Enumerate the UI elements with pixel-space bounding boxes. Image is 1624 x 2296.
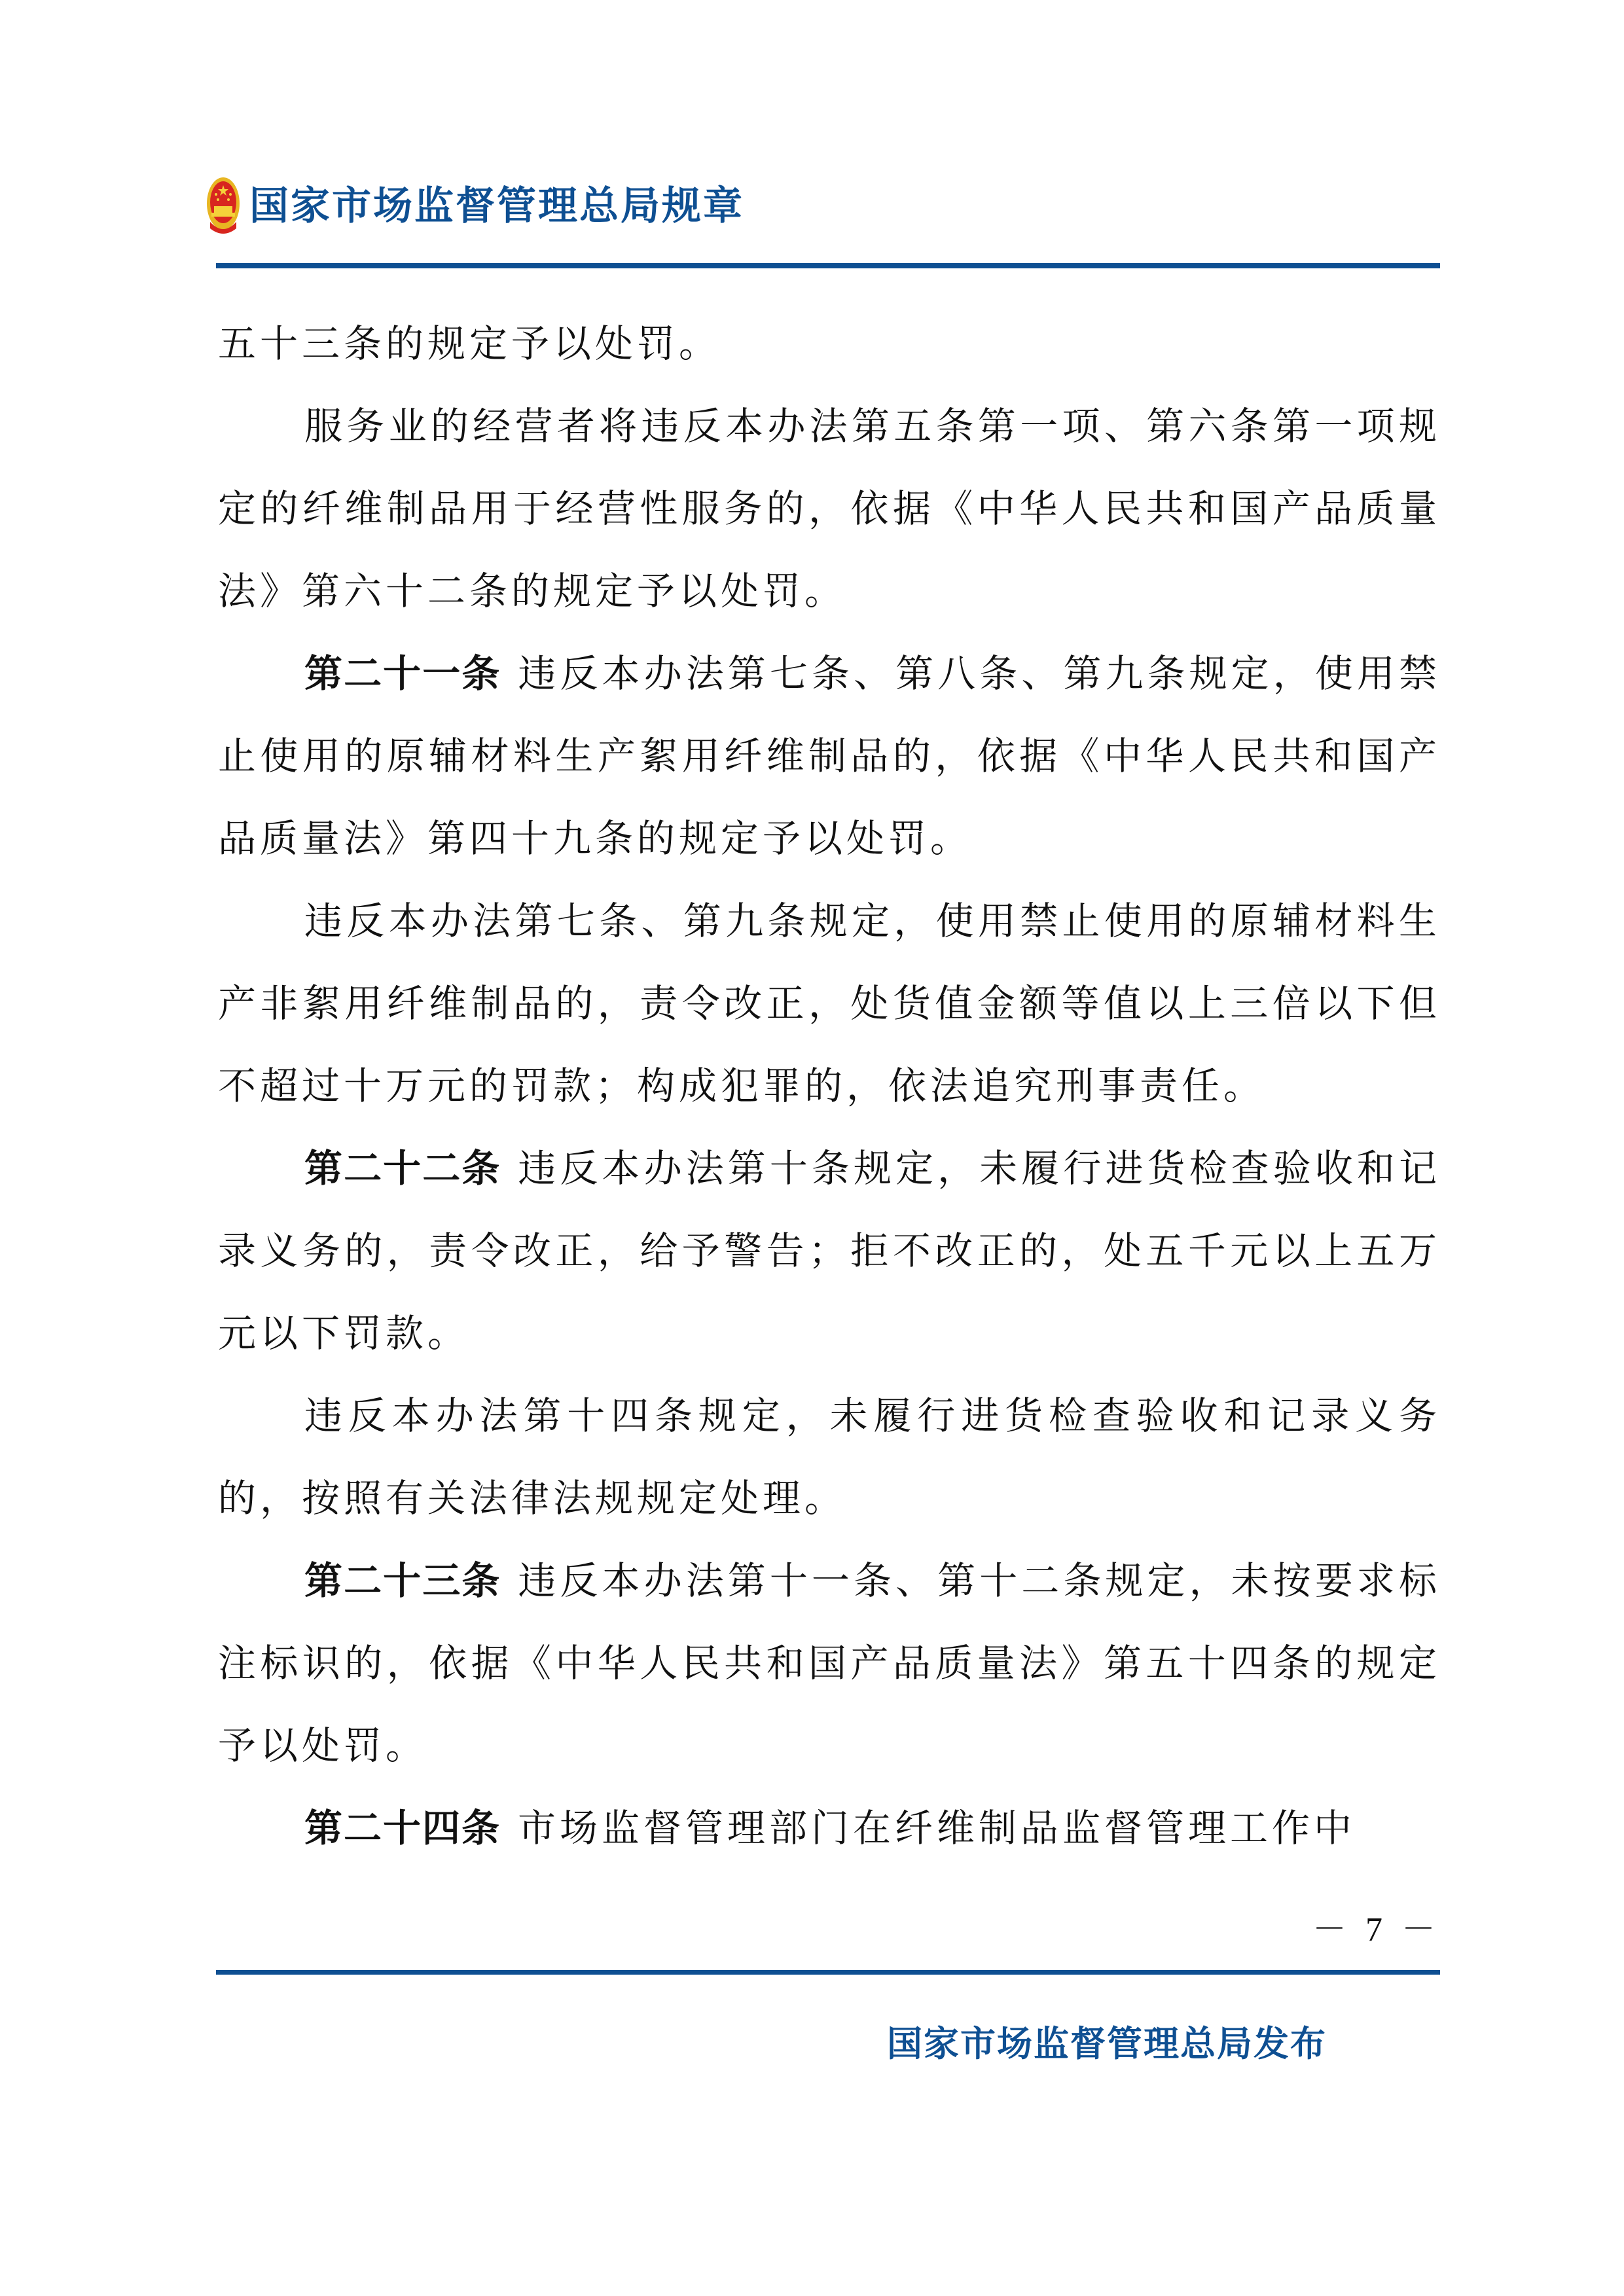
paragraph-text: 服务业的经营者将违反本办法第五条第一项、第六条第一项规定的纤维制品用于经营性服务… bbox=[218, 404, 1441, 613]
paragraph: 五十三条的规定予以处罚。 bbox=[218, 302, 1441, 385]
paragraph: 服务业的经营者将违反本办法第五条第一项、第六条第一项规定的纤维制品用于经营性服务… bbox=[218, 385, 1441, 632]
article-number: 第二十一条 bbox=[304, 651, 501, 696]
document-header: 国家市场监督管理总局规章 bbox=[206, 173, 744, 239]
paragraph-text: 市场监督管理部门在纤维制品监督管理工作中 bbox=[518, 1806, 1356, 1850]
paragraph: 违反本办法第十四条规定，未履行进货检查验收和记录义务的，按照有关法律法规规定处理… bbox=[218, 1374, 1441, 1539]
paragraph-text: 违反本办法第七条、第九条规定，使用禁止使用的原辅材料生产非絮用纤维制品的，责令改… bbox=[218, 899, 1441, 1108]
paragraph: 第二十一条违反本办法第七条、第八条、第九条规定，使用禁止使用的原辅材料生产絮用纤… bbox=[218, 632, 1441, 880]
paragraph: 第二十二条违反本办法第十条规定，未履行进货检查验收和记录义务的，责令改正，给予警… bbox=[218, 1127, 1441, 1374]
paragraph: 第二十三条违反本办法第十一条、第十二条规定，未按要求标注标识的，依据《中华人民共… bbox=[218, 1539, 1441, 1787]
paragraph-text: 五十三条的规定予以处罚。 bbox=[218, 321, 721, 366]
footer-divider bbox=[216, 1970, 1440, 1975]
header-title: 国家市场监督管理总局规章 bbox=[249, 187, 744, 226]
national-emblem-icon bbox=[206, 176, 240, 236]
page-number: － 7 － bbox=[1312, 1901, 1441, 1950]
article-number: 第二十二条 bbox=[304, 1146, 501, 1191]
paragraph: 第二十四条市场监督管理部门在纤维制品监督管理工作中 bbox=[218, 1787, 1441, 1869]
footer-publisher: 国家市场监督管理总局发布 bbox=[887, 2016, 1327, 2066]
article-number: 第二十四条 bbox=[304, 1806, 501, 1850]
document-body: 五十三条的规定予以处罚。 服务业的经营者将违反本办法第五条第一项、第六条第一项规… bbox=[218, 302, 1441, 1869]
paragraph-text: 违反本办法第十四条规定，未履行进货检查验收和记录义务的，按照有关法律法规规定处理… bbox=[218, 1393, 1441, 1520]
paragraph: 违反本办法第七条、第九条规定，使用禁止使用的原辅材料生产非絮用纤维制品的，责令改… bbox=[218, 880, 1441, 1127]
article-number: 第二十三条 bbox=[304, 1558, 501, 1603]
header-divider bbox=[216, 263, 1440, 268]
